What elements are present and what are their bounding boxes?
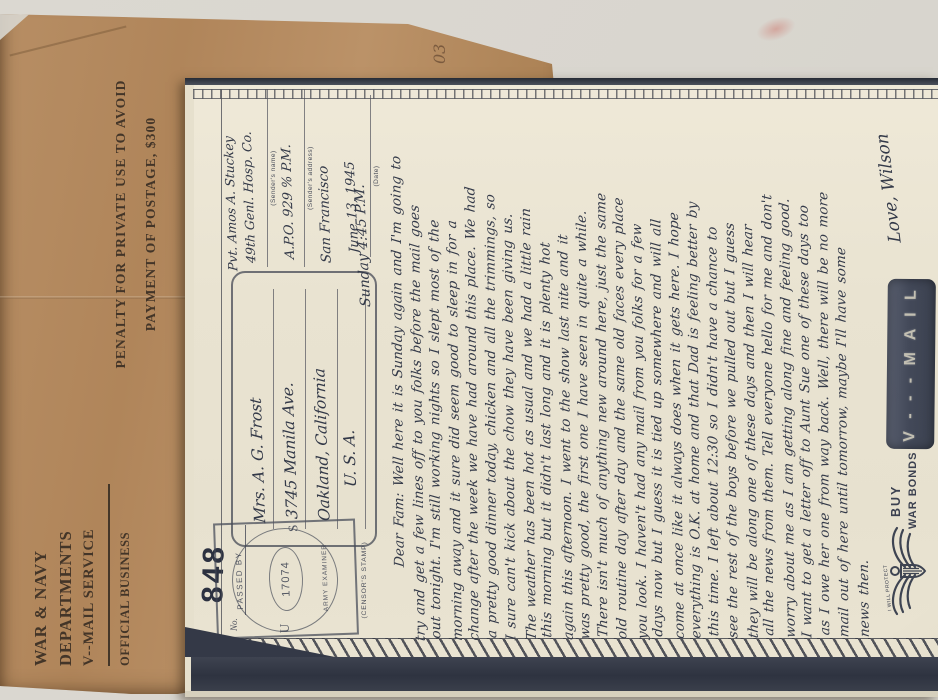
pink-smudge (754, 12, 799, 45)
vmail-form: No. 848 PASSED BY 17074 ARMY EXAMINER U … (185, 78, 938, 695)
message-body: Dear Fam: Well here it is Sunday again a… (387, 85, 873, 641)
censor-letter-u: U (277, 623, 293, 633)
penalty-line-1: PENALTY FOR PRIVATE USE TO AVOID (106, 45, 136, 403)
sender-name-line-1: Pvt. Amos A. Stuckey (221, 136, 241, 272)
film-edge-bottom (191, 657, 938, 691)
penalty-line-2: PAYMENT OF POSTAGE, $300 (136, 45, 166, 403)
sender-address-rule (304, 89, 305, 267)
address-rule (337, 289, 338, 529)
penalty-notice: PENALTY FOR PRIVATE USE TO AVOID PAYMENT… (100, 45, 186, 403)
buy-label: BUY (889, 485, 903, 517)
form-border-line (221, 90, 222, 647)
address-line: U. S. A. (340, 429, 360, 488)
address-rule (273, 289, 274, 529)
margin-rule (193, 89, 938, 99)
address-line: 3745 Manila Ave. (279, 381, 302, 519)
sender-city: San Francisco (315, 165, 334, 263)
official-business-line: OFFICIAL BUSINESS (116, 460, 134, 666)
sender-name-label: (Sender's name) (270, 89, 277, 267)
divider-rule (108, 484, 110, 666)
departments-line: DEPARTMENTS (53, 460, 78, 666)
envelope-corner-tear (0, 10, 34, 40)
vmail-letter: No. 848 PASSED BY 17074 ARMY EXAMINER U … (185, 78, 938, 697)
sender-name-rule (267, 89, 268, 267)
address-rule (305, 289, 306, 529)
pencil-note: 03 (430, 16, 466, 64)
film-edge-top (185, 78, 938, 85)
scan-background: PENALTY FOR PRIVATE USE TO AVOID PAYMENT… (0, 0, 938, 700)
paper-edge-strip (185, 691, 938, 697)
vmail-banner: V - - - M A I L (886, 279, 936, 449)
date-label: (Date) (373, 95, 380, 257)
sender-name-line-2: 49th Genl. Hosp. Co. (239, 131, 259, 264)
address-line: Mrs. A. G. Frost (247, 397, 269, 524)
vmail-banner-text: V - - - M A I L (901, 286, 921, 442)
address-panel: Mrs. A. G. Frost 3745 Manila Ave. Oaklan… (231, 271, 377, 547)
war-bonds-label: WAR BONDS (907, 452, 919, 529)
signature: Love, Wilson (872, 133, 906, 242)
paper-edge-left (185, 78, 194, 697)
address-line: Oakland, California (310, 367, 333, 521)
vmail-service-line: V--MAIL SERVICE (78, 460, 101, 666)
return-address-block: WAR & NAVY DEPARTMENTS V--MAIL SERVICE O… (28, 460, 156, 666)
war-navy-line: WAR & NAVY (28, 460, 53, 666)
sender-address-value: A.P.O. 929 % P.M. (279, 143, 298, 259)
sender-address-label: (Sender's address) (307, 89, 314, 267)
address-rule (365, 289, 366, 529)
